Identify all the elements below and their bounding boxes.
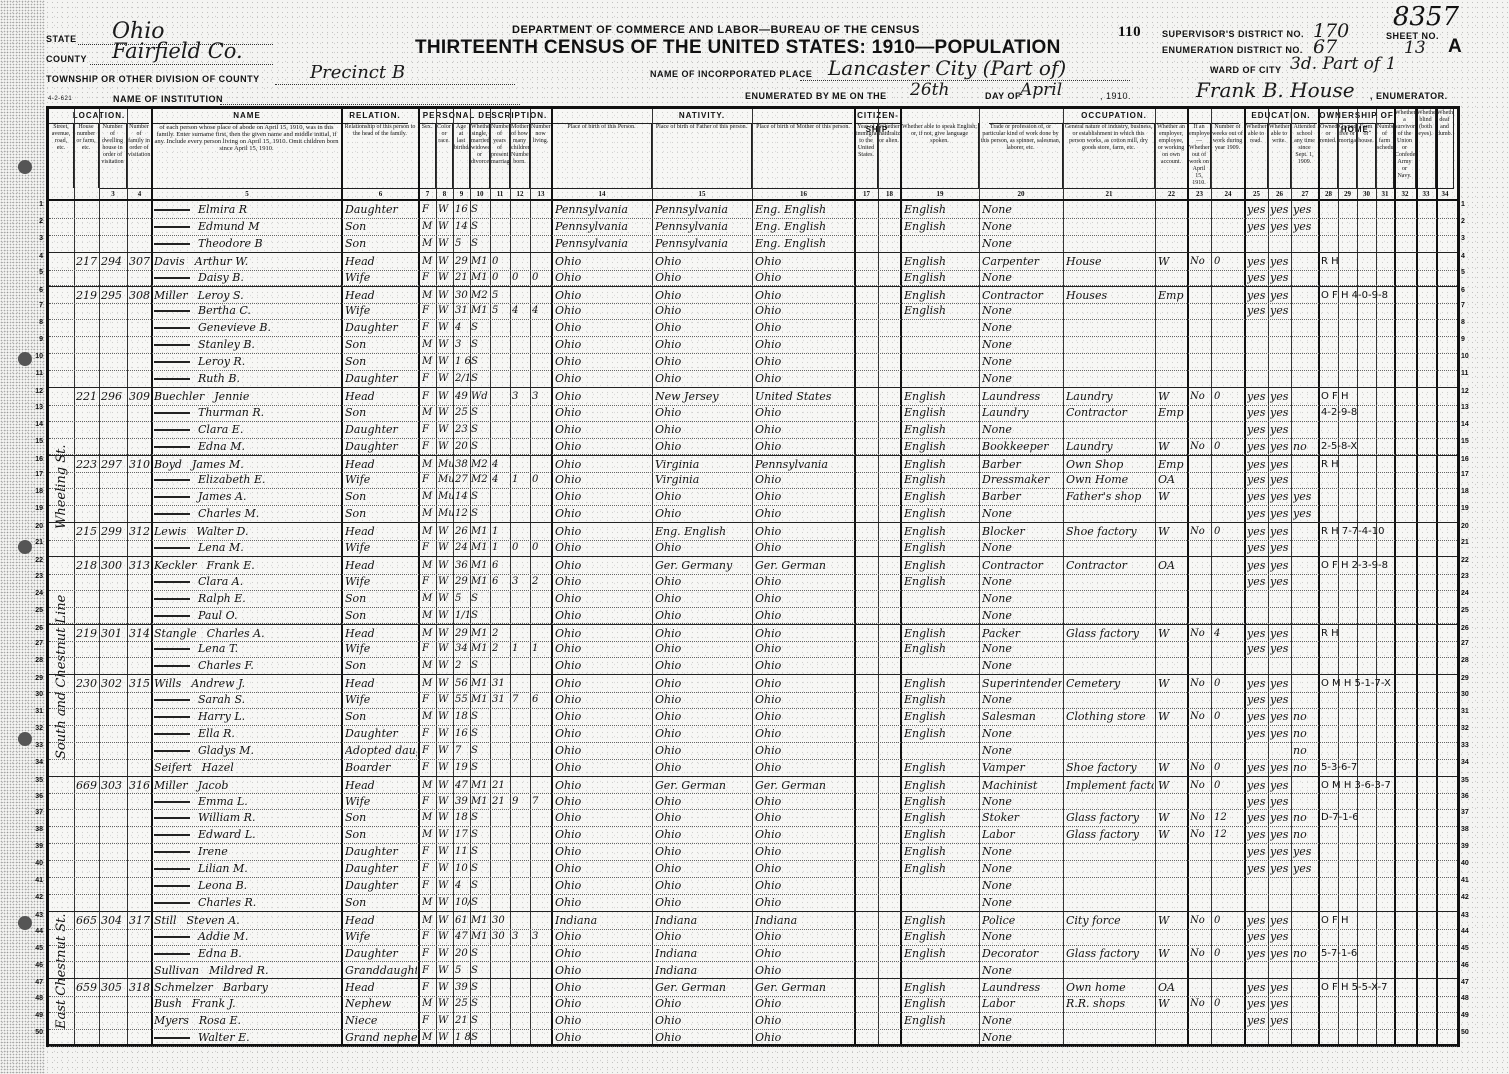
trade: Laundress: [982, 980, 1062, 995]
industry: Shoe factory: [1066, 524, 1154, 539]
race: W: [438, 524, 453, 539]
marital-status: M1: [471, 254, 490, 269]
father-birthplace: Ohio: [655, 540, 751, 555]
mother-birthplace: Ohio: [755, 524, 853, 539]
col-out-of-work: If an employee — Whether out of work on …: [1188, 123, 1211, 188]
can-read: yes: [1247, 422, 1267, 437]
marital-status: S: [471, 405, 490, 420]
same-surname-dash: [154, 412, 190, 414]
col-blind: Whether blind (both eyes).: [1416, 109, 1436, 188]
relation: Daughter: [345, 422, 417, 437]
house-number: 217: [76, 254, 98, 269]
race: W: [438, 337, 453, 352]
employer-status: W: [1158, 810, 1186, 825]
father-birthplace: Ohio: [655, 709, 751, 724]
line-number-right: 34: [1461, 759, 1481, 766]
relation: Head: [345, 389, 417, 404]
trade: None: [982, 320, 1062, 335]
given-name: Clara A.: [198, 575, 243, 588]
can-write: yes: [1270, 254, 1290, 269]
relation: Son: [345, 405, 417, 420]
relation: Wife: [345, 270, 417, 285]
marital-status: M1: [471, 676, 490, 691]
house-number: 223: [76, 457, 98, 472]
table-row: 4646SullivanMildred R.GranddaughterFW5SO…: [49, 962, 1457, 980]
marital-status: S: [471, 726, 490, 741]
family-number: 308: [129, 288, 151, 303]
weeks-out: 12: [1214, 810, 1242, 825]
employer-status: Emp: [1158, 457, 1186, 472]
home-ownership: R H 7-7-4-10: [1321, 524, 1451, 539]
line-number: 30: [23, 691, 43, 698]
trade: Vamper: [982, 760, 1062, 775]
county-label: COUNTY: [46, 54, 87, 64]
mother-birthplace: Ohio: [755, 963, 853, 978]
trade: None: [982, 371, 1062, 386]
years-married: 6: [492, 574, 510, 589]
same-surname-dash: [154, 496, 190, 498]
family-number: 312: [129, 524, 151, 539]
year-label: , 1910.: [1100, 91, 1131, 101]
age: 5: [455, 236, 471, 251]
col-trade: Trade or profession of, or particular ki…: [979, 123, 1063, 188]
house-number: 218: [76, 558, 98, 573]
trade: Salesman: [982, 709, 1062, 724]
same-surname-dash: [154, 868, 190, 870]
father-birthplace: Pennsylvania: [655, 219, 751, 234]
years-married: 2: [492, 641, 510, 656]
father-birthplace: Ohio: [655, 895, 751, 910]
marital-status: S: [471, 878, 490, 893]
can-read: yes: [1247, 540, 1267, 555]
age: 18: [455, 709, 471, 724]
race: W: [438, 726, 453, 741]
race: W: [438, 794, 453, 809]
age: 12: [455, 506, 471, 521]
employer-status: Emp: [1158, 288, 1186, 303]
speaks-english: English: [904, 946, 978, 961]
group-occupation: OCCUPATION.: [989, 109, 1239, 124]
can-read: yes: [1247, 844, 1267, 859]
speaks-english: English: [904, 405, 978, 420]
industry: Houses: [1066, 288, 1154, 303]
can-write: yes: [1270, 794, 1290, 809]
age: 20: [455, 439, 471, 454]
years-married: 5: [492, 288, 510, 303]
dwelling-number: 296: [101, 389, 125, 404]
mother-birthplace: Ohio: [755, 760, 853, 775]
mother-birthplace: Ohio: [755, 405, 853, 420]
employer-status: W: [1158, 827, 1186, 842]
birthplace: Ohio: [555, 288, 651, 303]
sex: M: [422, 558, 436, 573]
father-birthplace: Virginia: [655, 472, 751, 487]
same-surname-dash: [154, 378, 190, 380]
col-free-mortgaged: Owned free or mortgaged.: [1338, 123, 1357, 188]
line-number-right: 24: [1461, 590, 1481, 597]
relation: Grand nephew: [345, 1030, 417, 1045]
line-number: 17: [23, 471, 43, 478]
marital-status: S: [471, 371, 490, 386]
enumerated-day: 26th: [910, 80, 949, 100]
industry: House: [1066, 254, 1154, 269]
years-married: 4: [492, 457, 510, 472]
birthplace: Ohio: [555, 676, 651, 691]
line-number: 40: [23, 860, 43, 867]
line-number: 33: [23, 742, 43, 749]
sex: M: [422, 895, 436, 910]
age: 1 8/12: [455, 1030, 471, 1045]
speaks-english: English: [904, 540, 978, 555]
sex: F: [422, 794, 436, 809]
speaks-english: English: [904, 202, 978, 217]
given-name: Ralph E.: [198, 592, 246, 605]
line-number: 3: [23, 235, 43, 242]
sex: M: [422, 608, 436, 623]
same-surname-dash: [154, 615, 190, 617]
can-read: yes: [1247, 913, 1267, 928]
col-veteran: Whether a survivor of the Union or Confe…: [1394, 109, 1416, 188]
sex: F: [422, 878, 436, 893]
line-number-right: 25: [1461, 607, 1481, 614]
day-of-label: DAY OF: [985, 91, 1021, 101]
years-married: 21: [492, 794, 510, 809]
enumerated-label: ENUMERATED BY ME ON THE: [745, 91, 887, 101]
col-name: of each person whose place of abode on A…: [152, 123, 342, 188]
weeks-out: 0: [1214, 946, 1242, 961]
can-read: yes: [1247, 439, 1267, 454]
birthplace: Pennsylvania: [555, 236, 651, 251]
birthplace: Ohio: [555, 439, 651, 454]
race: W: [438, 895, 453, 910]
same-surname-dash: [154, 902, 190, 904]
group-relation: RELATION.: [342, 109, 408, 124]
age: 21: [455, 270, 471, 285]
age: 16: [455, 726, 471, 741]
col-owned-rented: Owned or rented.: [1319, 123, 1338, 188]
given-name: Arthur W.: [195, 255, 248, 268]
incorporated-place-line: [800, 80, 1130, 81]
sex: F: [422, 980, 436, 995]
surname: Seifert: [154, 761, 192, 774]
line-number-right: 7: [1461, 302, 1481, 309]
weeks-out: 0: [1214, 524, 1242, 539]
person-name: Charles F.: [154, 658, 340, 673]
line-number: 46: [23, 962, 43, 969]
relation: Nephew: [345, 996, 417, 1011]
attended-school: no: [1293, 439, 1317, 454]
race: W: [438, 709, 453, 724]
years-married: 30: [492, 913, 510, 928]
table-row: 4848BushFrank J.NephewMW25SOhioOhioOhioE…: [49, 995, 1457, 1013]
race: W: [438, 574, 453, 589]
given-name: Paul O.: [198, 609, 237, 622]
can-write: yes: [1270, 506, 1290, 521]
sex: M: [422, 457, 436, 472]
weeks-out: 0: [1214, 913, 1242, 928]
marital-status: M1: [471, 641, 490, 656]
line-number-right: 49: [1461, 1012, 1481, 1019]
col-employer-status: Whether an employer, employee, or workin…: [1155, 123, 1188, 188]
same-surname-dash: [154, 277, 190, 279]
line-number: 16: [23, 456, 43, 463]
birthplace: Ohio: [555, 574, 651, 589]
race: W: [438, 558, 453, 573]
age: 24: [455, 540, 471, 555]
home-ownership: 4-2-9-8: [1321, 405, 1451, 420]
home-ownership: 5-3-6-7: [1321, 760, 1451, 775]
can-write: yes: [1270, 457, 1290, 472]
line-number-right: 13: [1461, 404, 1481, 411]
out-of-work: No: [1190, 946, 1210, 961]
home-ownership: D-7-1-6: [1321, 810, 1451, 825]
relation: Daughter: [345, 878, 417, 893]
industry: Implement factory: [1066, 778, 1154, 793]
birthplace: Pennsylvania: [555, 202, 651, 217]
col-naturalized: Whether naturalized or alien.: [878, 123, 901, 188]
marital-status: M2: [471, 288, 490, 303]
relation: Head: [345, 457, 417, 472]
can-write: yes: [1270, 1013, 1290, 1028]
line-number-right: 37: [1461, 809, 1481, 816]
person-name: William R.: [154, 810, 340, 825]
children-born: 9: [512, 794, 530, 809]
mother-birthplace: Ohio: [755, 726, 853, 741]
father-birthplace: Ohio: [655, 996, 751, 1011]
age: 2/12: [455, 371, 471, 386]
dwelling-number: 300: [101, 558, 125, 573]
line-number-right: 44: [1461, 928, 1481, 935]
employer-status: W: [1158, 996, 1186, 1011]
person-name: BuechlerJennie: [154, 389, 340, 404]
mother-birthplace: Ohio: [755, 371, 853, 386]
sex: F: [422, 439, 436, 454]
can-write: yes: [1270, 405, 1290, 420]
father-birthplace: Ohio: [655, 794, 751, 809]
relation: Head: [345, 558, 417, 573]
father-birthplace: Ger. German: [655, 778, 751, 793]
race: W: [438, 980, 453, 995]
house-number: 215: [76, 524, 98, 539]
sex: M: [422, 405, 436, 420]
age: 38: [455, 457, 471, 472]
attended-school: no: [1293, 726, 1317, 741]
trade: Barber: [982, 489, 1062, 504]
trade: None: [982, 743, 1062, 758]
age: 10/12: [455, 895, 471, 910]
can-write: yes: [1270, 558, 1290, 573]
enumerated-month: April: [1020, 80, 1062, 100]
line-number: 20: [23, 523, 43, 530]
line-number-right: 19: [1461, 505, 1481, 512]
home-ownership: R H: [1321, 254, 1451, 269]
person-name: Leona B.: [154, 878, 340, 893]
employer-status: W: [1158, 760, 1186, 775]
can-read: yes: [1247, 794, 1267, 809]
industry: City force: [1066, 913, 1154, 928]
trade: Dressmaker: [982, 472, 1062, 487]
table-row: 4444Addie M.WifeFW47M13033OhioOhioOhioEn…: [49, 928, 1457, 946]
can-write: yes: [1270, 524, 1290, 539]
attended-school: yes: [1293, 219, 1317, 234]
race: W: [438, 827, 453, 842]
marital-status: M2: [471, 457, 490, 472]
years-married: 31: [492, 676, 510, 691]
family-number: 307: [129, 254, 151, 269]
table-row: 4949MyersRosa E.NieceFW21SOhioOhioOhioEn…: [49, 1012, 1457, 1030]
race: W: [438, 626, 453, 641]
can-write: yes: [1270, 540, 1290, 555]
mother-birthplace: Ohio: [755, 641, 853, 656]
mother-birthplace: Ohio: [755, 676, 853, 691]
birthplace: Ohio: [555, 861, 651, 876]
line-number: 50: [23, 1029, 43, 1036]
surname: Sullivan: [154, 964, 199, 977]
line-number: 49: [23, 1012, 43, 1019]
trade: Laundress: [982, 389, 1062, 404]
speaks-english: English: [904, 760, 978, 775]
can-write: yes: [1270, 472, 1290, 487]
mother-birthplace: Pennsylvania: [755, 457, 853, 472]
trade: None: [982, 963, 1062, 978]
can-write: yes: [1270, 929, 1290, 944]
mother-birthplace: Eng. English: [755, 236, 853, 251]
line-number-right: 32: [1461, 725, 1481, 732]
birthplace: Pennsylvania: [555, 219, 651, 234]
trade: None: [982, 337, 1062, 352]
out-of-work: No: [1190, 778, 1210, 793]
trade: None: [982, 303, 1062, 318]
birthplace: Ohio: [555, 709, 651, 724]
line-number: 10: [23, 353, 43, 360]
years-married: 5: [492, 303, 510, 318]
family-number: 316: [129, 778, 151, 793]
person-name: Lena T.: [154, 641, 340, 656]
trade: None: [982, 574, 1062, 589]
relation: Daughter: [345, 844, 417, 859]
person-name: Genevieve B.: [154, 320, 340, 335]
given-name: Edna B.: [198, 947, 242, 960]
father-birthplace: Ohio: [655, 608, 751, 623]
line-number-right: 18: [1461, 488, 1481, 495]
father-birthplace: Ohio: [655, 641, 751, 656]
house-number: 659: [76, 980, 98, 995]
can-write: yes: [1270, 726, 1290, 741]
table-row: 5050Walter E.Grand nephewMW1 8/12SOhioOh…: [49, 1029, 1457, 1047]
table-row: 1818James A.SonMMu14SOhioOhioOhioEnglish…: [49, 488, 1457, 506]
birthplace: Ohio: [555, 794, 651, 809]
col-age: Age at last birthday.: [453, 123, 470, 188]
person-name: Edna M.: [154, 439, 340, 454]
line-number: 18: [23, 488, 43, 495]
given-name: Hazel: [202, 761, 234, 774]
employer-status: OA: [1158, 472, 1186, 487]
can-write: yes: [1270, 980, 1290, 995]
race: Mu: [438, 472, 453, 487]
out-of-work: No: [1190, 524, 1210, 539]
can-write: yes: [1270, 303, 1290, 318]
given-name: Charles R.: [198, 896, 256, 909]
enumeration-district-label: ENUMERATION DISTRICT NO.: [1162, 45, 1303, 55]
enumerator-label: , ENUMERATOR.: [1370, 91, 1448, 101]
father-birthplace: Indiana: [655, 946, 751, 961]
same-surname-dash: [154, 479, 190, 481]
line-number-right: 35: [1461, 777, 1481, 784]
can-write: yes: [1270, 270, 1290, 285]
can-read: yes: [1247, 472, 1267, 487]
trade: None: [982, 422, 1062, 437]
can-write: yes: [1270, 676, 1290, 691]
line-number: 15: [23, 438, 43, 445]
sex: M: [422, 626, 436, 641]
given-name: Clara E.: [198, 423, 243, 436]
children-born: 7: [512, 692, 530, 707]
can-read: yes: [1247, 457, 1267, 472]
line-number: 28: [23, 657, 43, 664]
age: 20: [455, 946, 471, 961]
line-number-right: 43: [1461, 912, 1481, 919]
race: W: [438, 439, 453, 454]
birthplace: Ohio: [555, 726, 651, 741]
mother-birthplace: Ohio: [755, 337, 853, 352]
surname: Still: [154, 914, 177, 927]
home-ownership: O M H 5-1-7-X: [1321, 676, 1451, 691]
department-heading: DEPARTMENT OF COMMERCE AND LABOR—BUREAU …: [512, 24, 920, 36]
sheet-number: 13: [1404, 38, 1426, 58]
speaks-english: English: [904, 709, 978, 724]
employer-status: W: [1158, 524, 1186, 539]
same-surname-dash: [154, 226, 190, 228]
mother-birthplace: Ohio: [755, 320, 853, 335]
given-name: Daisy B.: [198, 271, 244, 284]
can-write: yes: [1270, 626, 1290, 641]
given-name: Irene: [198, 845, 228, 858]
person-name: Charles R.: [154, 895, 340, 910]
sex: F: [422, 692, 436, 707]
line-number: 25: [23, 607, 43, 614]
birthplace: Ohio: [555, 626, 651, 641]
weeks-out: 0: [1214, 778, 1242, 793]
father-birthplace: Ohio: [655, 1013, 751, 1028]
mother-birthplace: Ohio: [755, 626, 853, 641]
line-number-right: 40: [1461, 860, 1481, 867]
col-farm-house: Farm or house.: [1357, 123, 1376, 188]
home-ownership: O F H 4-0-9-8: [1321, 288, 1451, 303]
father-birthplace: Ohio: [655, 726, 751, 741]
can-write: yes: [1270, 641, 1290, 656]
marital-status: S: [471, 810, 490, 825]
mother-birthplace: Ohio: [755, 489, 853, 504]
given-name: Emma L.: [198, 795, 248, 808]
can-write: yes: [1270, 219, 1290, 234]
line-number: 7: [23, 302, 43, 309]
attended-school: no: [1293, 760, 1317, 775]
father-birthplace: Ohio: [655, 658, 751, 673]
line-number: 32: [23, 725, 43, 732]
mother-birthplace: Ohio: [755, 574, 853, 589]
table-row: 4040Lilian M.DaughterFW10SOhioOhioOhioEn…: [49, 860, 1457, 878]
surname: Schmelzer: [154, 981, 213, 994]
speaks-english: English: [904, 254, 978, 269]
mother-birthplace: Ohio: [755, 929, 853, 944]
trade: None: [982, 794, 1062, 809]
given-name: Leroy R.: [198, 355, 245, 368]
trade: Packer: [982, 626, 1062, 641]
father-birthplace: Ohio: [655, 844, 751, 859]
birthplace: Ohio: [555, 303, 651, 318]
race: W: [438, 692, 453, 707]
age: 16: [455, 202, 471, 217]
